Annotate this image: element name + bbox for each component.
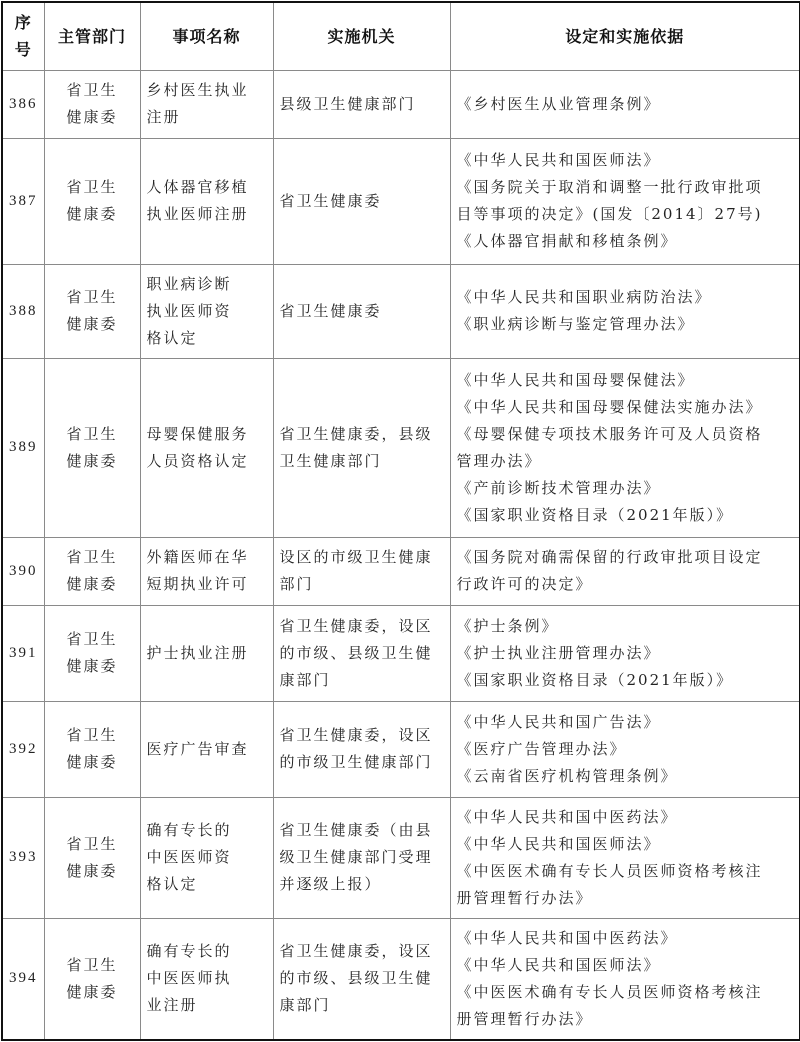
department-cell-line: 省卫生 bbox=[51, 544, 134, 571]
implementing-agency-cell: 省卫生健康委 bbox=[273, 138, 450, 264]
legal-basis-cell-line: 《护士条例》 bbox=[457, 613, 794, 640]
implementing-agency-cell-line: 康部门 bbox=[280, 667, 444, 694]
serial-number-cell: 392 bbox=[2, 701, 44, 797]
department-cell: 省卫生健康委 bbox=[44, 701, 140, 797]
legal-basis-cell-line: 《国务院关于取消和调整一批行政审批项 bbox=[457, 174, 794, 201]
implementing-agency-cell-line: 省卫生健康委（由县 bbox=[280, 817, 444, 844]
legal-basis-cell-line: 《产前诊断技术管理办法》 bbox=[457, 475, 794, 502]
implementing-agency-cell-line: 省卫生健康委，设区 bbox=[280, 722, 444, 749]
legal-basis-cell: 《乡村医生从业管理条例》 bbox=[450, 70, 800, 138]
department-cell: 省卫生健康委 bbox=[44, 264, 140, 358]
item-name-cell-line: 执业医师注册 bbox=[147, 201, 267, 228]
department-cell-line: 健康委 bbox=[51, 311, 134, 338]
legal-basis-cell-line: 《中医医术确有专长人员医师资格考核注 bbox=[457, 979, 794, 1006]
item-name-cell-line: 乡村医生执业 bbox=[147, 77, 267, 104]
table-row: 393省卫生健康委确有专长的中医医师资格认定省卫生健康委（由县级卫生健康部门受理… bbox=[2, 797, 800, 918]
legal-basis-cell-line: 册管理暂行办法》 bbox=[457, 1006, 794, 1033]
legal-basis-cell-line: 行政许可的决定》 bbox=[457, 571, 794, 598]
department-cell-line: 健康委 bbox=[51, 979, 134, 1006]
header-row: 序 号 主管部门 事项名称 实施机关 设定和实施依据 bbox=[2, 2, 800, 70]
legal-basis-cell-line: 《国家职业资格目录（2021年版）》 bbox=[457, 667, 794, 694]
item-name-cell-line: 确有专长的 bbox=[147, 817, 267, 844]
implementing-agency-cell: 县级卫生健康部门 bbox=[273, 70, 450, 138]
department-cell: 省卫生健康委 bbox=[44, 537, 140, 605]
serial-number-cell: 393 bbox=[2, 797, 44, 918]
admin-licensing-table: 序 号 主管部门 事项名称 实施机关 设定和实施依据 386省卫生健康委乡村医生… bbox=[1, 1, 800, 1041]
department-cell-line: 省卫生 bbox=[51, 77, 134, 104]
header-serial-line-1: 序 bbox=[9, 9, 38, 36]
legal-basis-cell-line: 《中华人民共和国医师法》 bbox=[457, 831, 794, 858]
implementing-agency-cell-line: 康部门 bbox=[280, 992, 444, 1019]
department-cell-line: 省卫生 bbox=[51, 174, 134, 201]
implementing-agency-cell-line: 省卫生健康委，设区 bbox=[280, 938, 444, 965]
department-cell: 省卫生健康委 bbox=[44, 605, 140, 701]
implementing-agency-cell-line: 级卫生健康部门受理 bbox=[280, 844, 444, 871]
legal-basis-cell-line: 《护士执业注册管理办法》 bbox=[457, 640, 794, 667]
serial-number-cell: 390 bbox=[2, 537, 44, 605]
item-name-cell-line: 中医医师资 bbox=[147, 844, 267, 871]
legal-basis-cell-line: 《国家职业资格目录（2021年版）》 bbox=[457, 502, 794, 529]
implementing-agency-cell-line: 卫生健康部门 bbox=[280, 448, 444, 475]
department-cell: 省卫生健康委 bbox=[44, 358, 140, 537]
item-name-cell: 外籍医师在华短期执业许可 bbox=[140, 537, 273, 605]
implementing-agency-cell: 省卫生健康委，县级卫生健康部门 bbox=[273, 358, 450, 537]
legal-basis-cell-line: 《云南省医疗机构管理条例》 bbox=[457, 763, 794, 790]
table-row: 389省卫生健康委母婴保健服务人员资格认定省卫生健康委，县级卫生健康部门《中华人… bbox=[2, 358, 800, 537]
table-row: 390省卫生健康委外籍医师在华短期执业许可设区的市级卫生健康部门《国务院对确需保… bbox=[2, 537, 800, 605]
department-cell-line: 省卫生 bbox=[51, 626, 134, 653]
implementing-agency-cell-line: 省卫生健康委，设区 bbox=[280, 613, 444, 640]
item-name-cell: 母婴保健服务人员资格认定 bbox=[140, 358, 273, 537]
item-name-cell-line: 人体器官移植 bbox=[147, 174, 267, 201]
item-name-cell-line: 格认定 bbox=[147, 871, 267, 898]
item-name-cell-line: 护士执业注册 bbox=[147, 640, 267, 667]
department-cell-line: 健康委 bbox=[51, 104, 134, 131]
implementing-agency-cell-line: 省卫生健康委 bbox=[280, 298, 444, 325]
legal-basis-cell: 《护士条例》《护士执业注册管理办法》《国家职业资格目录（2021年版）》 bbox=[450, 605, 800, 701]
legal-basis-cell-line: 《中华人民共和国医师法》 bbox=[457, 147, 794, 174]
department-cell: 省卫生健康委 bbox=[44, 138, 140, 264]
header-serial-number: 序 号 bbox=[2, 2, 44, 70]
implementing-agency-cell: 省卫生健康委（由县级卫生健康部门受理并逐级上报） bbox=[273, 797, 450, 918]
legal-basis-cell-line: 目等事项的决定》(国发〔2014〕27号) bbox=[457, 201, 794, 228]
table-row: 386省卫生健康委乡村医生执业注册县级卫生健康部门《乡村医生从业管理条例》 bbox=[2, 70, 800, 138]
department-cell-line: 省卫生 bbox=[51, 722, 134, 749]
legal-basis-cell-line: 《中华人民共和国广告法》 bbox=[457, 709, 794, 736]
implementing-agency-cell: 省卫生健康委，设区的市级、县级卫生健康部门 bbox=[273, 605, 450, 701]
item-name-cell-line: 母婴保健服务 bbox=[147, 421, 267, 448]
department-cell-line: 健康委 bbox=[51, 448, 134, 475]
legal-basis-cell-line: 册管理暂行办法》 bbox=[457, 885, 794, 912]
table-row: 391省卫生健康委护士执业注册省卫生健康委，设区的市级、县级卫生健康部门《护士条… bbox=[2, 605, 800, 701]
implementing-agency-cell-line: 的市级卫生健康部门 bbox=[280, 749, 444, 776]
department-cell-line: 省卫生 bbox=[51, 284, 134, 311]
implementing-agency-cell: 省卫生健康委，设区的市级、县级卫生健康部门 bbox=[273, 918, 450, 1040]
serial-number-cell: 394 bbox=[2, 918, 44, 1040]
item-name-cell-line: 外籍医师在华 bbox=[147, 544, 267, 571]
legal-basis-cell: 《中华人民共和国母婴保健法》《中华人民共和国母婴保健法实施办法》《母婴保健专项技… bbox=[450, 358, 800, 537]
legal-basis-cell-line: 《中华人民共和国职业病防治法》 bbox=[457, 284, 794, 311]
department-cell-line: 省卫生 bbox=[51, 831, 134, 858]
legal-basis-cell-line: 管理办法》 bbox=[457, 448, 794, 475]
department-cell-line: 省卫生 bbox=[51, 421, 134, 448]
legal-basis-cell: 《国务院对确需保留的行政审批项目设定行政许可的决定》 bbox=[450, 537, 800, 605]
item-name-cell-line: 医疗广告审查 bbox=[147, 736, 267, 763]
header-serial-line-2: 号 bbox=[9, 36, 38, 63]
implementing-agency-cell: 省卫生健康委 bbox=[273, 264, 450, 358]
implementing-agency-cell: 设区的市级卫生健康部门 bbox=[273, 537, 450, 605]
serial-number-cell: 386 bbox=[2, 70, 44, 138]
implementing-agency-cell-line: 省卫生健康委，县级 bbox=[280, 421, 444, 448]
legal-basis-cell-line: 《中华人民共和国中医药法》 bbox=[457, 925, 794, 952]
implementing-agency-cell-line: 省卫生健康委 bbox=[280, 188, 444, 215]
implementing-agency-cell-line: 的市级、县级卫生健 bbox=[280, 640, 444, 667]
item-name-cell-line: 格认定 bbox=[147, 325, 267, 352]
item-name-cell-line: 业注册 bbox=[147, 992, 267, 1019]
legal-basis-cell-line: 《国务院对确需保留的行政审批项目设定 bbox=[457, 544, 794, 571]
item-name-cell: 确有专长的中医医师资格认定 bbox=[140, 797, 273, 918]
legal-basis-cell-line: 《中医医术确有专长人员医师资格考核注 bbox=[457, 858, 794, 885]
legal-basis-cell-line: 《乡村医生从业管理条例》 bbox=[457, 91, 794, 118]
item-name-cell-line: 中医医师执 bbox=[147, 965, 267, 992]
legal-basis-cell-line: 《人体器官捐献和移植条例》 bbox=[457, 228, 794, 255]
legal-basis-cell-line: 《中华人民共和国母婴保健法》 bbox=[457, 367, 794, 394]
legal-basis-cell-line: 《母婴保健专项技术服务许可及人员资格 bbox=[457, 421, 794, 448]
implementing-agency-cell-line: 并逐级上报） bbox=[280, 871, 444, 898]
department-cell-line: 健康委 bbox=[51, 653, 134, 680]
legal-basis-cell-line: 《职业病诊断与鉴定管理办法》 bbox=[457, 311, 794, 338]
table-row: 388省卫生健康委职业病诊断执业医师资格认定省卫生健康委《中华人民共和国职业病防… bbox=[2, 264, 800, 358]
table-row: 394省卫生健康委确有专长的中医医师执业注册省卫生健康委，设区的市级、县级卫生健… bbox=[2, 918, 800, 1040]
serial-number-cell: 389 bbox=[2, 358, 44, 537]
implementing-agency-cell-line: 设区的市级卫生健康 bbox=[280, 544, 444, 571]
legal-basis-cell: 《中华人民共和国广告法》《医疗广告管理办法》《云南省医疗机构管理条例》 bbox=[450, 701, 800, 797]
header-implementing-agency: 实施机关 bbox=[273, 2, 450, 70]
serial-number-cell: 388 bbox=[2, 264, 44, 358]
legal-basis-cell: 《中华人民共和国中医药法》《中华人民共和国医师法》《中医医术确有专长人员医师资格… bbox=[450, 918, 800, 1040]
serial-number-cell: 387 bbox=[2, 138, 44, 264]
item-name-cell: 职业病诊断执业医师资格认定 bbox=[140, 264, 273, 358]
department-cell-line: 健康委 bbox=[51, 858, 134, 885]
serial-number-cell: 391 bbox=[2, 605, 44, 701]
department-cell: 省卫生健康委 bbox=[44, 70, 140, 138]
item-name-cell: 医疗广告审查 bbox=[140, 701, 273, 797]
department-cell: 省卫生健康委 bbox=[44, 918, 140, 1040]
legal-basis-cell-line: 《中华人民共和国中医药法》 bbox=[457, 804, 794, 831]
implementing-agency-cell-line: 的市级、县级卫生健 bbox=[280, 965, 444, 992]
legal-basis-cell: 《中华人民共和国中医药法》《中华人民共和国医师法》《中医医术确有专长人员医师资格… bbox=[450, 797, 800, 918]
table-row: 387省卫生健康委人体器官移植执业医师注册省卫生健康委《中华人民共和国医师法》《… bbox=[2, 138, 800, 264]
item-name-cell-line: 注册 bbox=[147, 104, 267, 131]
implementing-agency-cell-line: 部门 bbox=[280, 571, 444, 598]
legal-basis-cell-line: 《中华人民共和国医师法》 bbox=[457, 952, 794, 979]
item-name-cell: 人体器官移植执业医师注册 bbox=[140, 138, 273, 264]
header-legal-basis: 设定和实施依据 bbox=[450, 2, 800, 70]
legal-basis-cell-line: 《中华人民共和国母婴保健法实施办法》 bbox=[457, 394, 794, 421]
item-name-cell-line: 职业病诊断 bbox=[147, 271, 267, 298]
item-name-cell-line: 执业医师资 bbox=[147, 298, 267, 325]
item-name-cell-line: 确有专长的 bbox=[147, 938, 267, 965]
header-item-name: 事项名称 bbox=[140, 2, 273, 70]
legal-basis-cell: 《中华人民共和国医师法》《国务院关于取消和调整一批行政审批项目等事项的决定》(国… bbox=[450, 138, 800, 264]
item-name-cell: 乡村医生执业注册 bbox=[140, 70, 273, 138]
table-row: 392省卫生健康委医疗广告审查省卫生健康委，设区的市级卫生健康部门《中华人民共和… bbox=[2, 701, 800, 797]
department-cell-line: 省卫生 bbox=[51, 952, 134, 979]
item-name-cell-line: 短期执业许可 bbox=[147, 571, 267, 598]
header-department: 主管部门 bbox=[44, 2, 140, 70]
department-cell-line: 健康委 bbox=[51, 571, 134, 598]
department-cell: 省卫生健康委 bbox=[44, 797, 140, 918]
legal-basis-cell-line: 《医疗广告管理办法》 bbox=[457, 736, 794, 763]
department-cell-line: 健康委 bbox=[51, 749, 134, 776]
item-name-cell: 护士执业注册 bbox=[140, 605, 273, 701]
department-cell-line: 健康委 bbox=[51, 201, 134, 228]
item-name-cell-line: 人员资格认定 bbox=[147, 448, 267, 475]
implementing-agency-cell: 省卫生健康委，设区的市级卫生健康部门 bbox=[273, 701, 450, 797]
item-name-cell: 确有专长的中医医师执业注册 bbox=[140, 918, 273, 1040]
implementing-agency-cell-line: 县级卫生健康部门 bbox=[280, 91, 444, 118]
legal-basis-cell: 《中华人民共和国职业病防治法》《职业病诊断与鉴定管理办法》 bbox=[450, 264, 800, 358]
